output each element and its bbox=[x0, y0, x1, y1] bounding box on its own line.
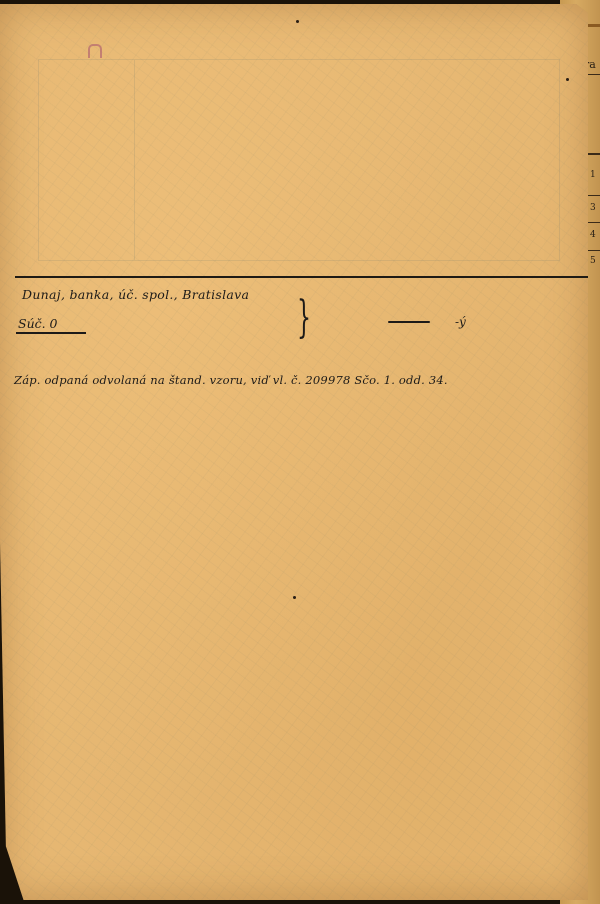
brace-symbol: } bbox=[297, 296, 311, 340]
ink-speck bbox=[566, 78, 569, 81]
underlying-row-number: 3 bbox=[590, 203, 596, 213]
faint-stamp-mark bbox=[88, 44, 102, 58]
reference-label: Súč. 0 bbox=[18, 316, 58, 331]
dash-line bbox=[388, 321, 430, 323]
ink-speck bbox=[296, 20, 299, 23]
note-line: Záp. odpaná odvolaná na štand. vzoru, vi… bbox=[14, 373, 448, 387]
document-page: Dunaj, banka, úč. spol., Bratislava Súč.… bbox=[0, 4, 588, 900]
reference-underline bbox=[16, 332, 86, 334]
section-divider bbox=[15, 276, 588, 278]
underlying-row-number: 1 bbox=[590, 170, 596, 180]
underlying-row-number: 5 bbox=[590, 256, 596, 266]
ink-speck bbox=[293, 596, 296, 599]
bleed-through-grid bbox=[38, 59, 560, 261]
underlying-row-number: 4 bbox=[590, 230, 596, 240]
company-line: Dunaj, banka, úč. spol., Bratislava bbox=[22, 287, 249, 302]
dash-mark: -ý bbox=[455, 315, 466, 329]
